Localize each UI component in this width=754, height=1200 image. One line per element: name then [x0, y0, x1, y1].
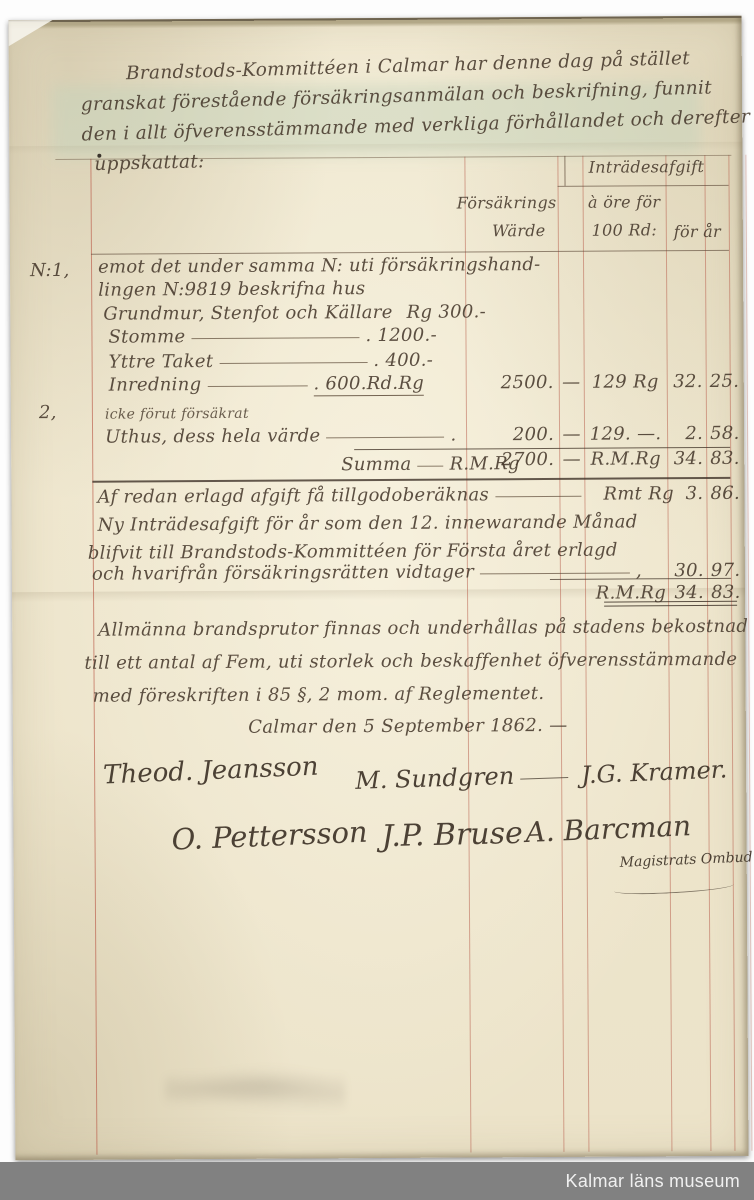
account-riksdaler-cell: 30. — [648, 560, 704, 581]
leader-line — [326, 432, 444, 439]
closing-line: med föreskriften i 85 §, 2 mom. af Regle… — [93, 683, 545, 707]
column-header-per-year: för år — [666, 222, 729, 241]
summa-label: Summa — [341, 454, 411, 475]
account-text: Af redan erlagd afgift få tillgodoberäkn… — [97, 484, 489, 507]
summa-value-ore-cell: — — [559, 449, 584, 470]
account-ore-cell: 97. — [711, 560, 741, 581]
margin-item-number: N:1, — [30, 260, 70, 281]
value-ore-cell: — — [559, 424, 584, 445]
summa-value-cell: 2700. — [456, 449, 554, 471]
account-text: och hvarifrån försäkringsrätten vidtager — [92, 561, 474, 584]
ledger-vertical-rule — [745, 155, 752, 1151]
dateline: Calmar den 5 September 1862. — — [243, 715, 573, 738]
account-line: och hvarifrån försäkringsrätten vidtager… — [92, 560, 642, 584]
signature: J.G. Kramer. — [581, 755, 728, 789]
leader-line — [480, 567, 630, 574]
account-ore-cell: 86. — [710, 483, 740, 504]
photo-credit-bar: Kalmar läns museum — [0, 1162, 754, 1200]
column-header-entry-fee: Inträdesafgift — [564, 157, 728, 177]
signature: A. Barcman — [525, 809, 692, 849]
scanned-document-photo: Brandstods-Kommittéen i Calmar har denne… — [0, 0, 754, 1200]
account-tail: , — [636, 560, 642, 581]
summa-riksdaler-cell: 34. — [647, 448, 703, 469]
entry-line: emot det under samma N: uti försäkringsh… — [98, 254, 541, 278]
total-riksdaler-cell: 34. — [648, 582, 704, 603]
signature: M. Sundgren — [355, 760, 569, 795]
fee-riksdaler-cell: 32. — [647, 371, 703, 392]
summa-ore-cell: 83. — [710, 448, 740, 469]
column-header-insurance-value: Försäkrings — [453, 193, 561, 213]
fee-ore-cell: 25. — [710, 371, 740, 392]
entry-line: lingen N:9819 beskrifna hus — [98, 278, 365, 301]
value-cell: 200. — [456, 424, 554, 446]
entry-label: Uthus, dess hela värde — [105, 425, 321, 447]
entry-amount: . 600.Rd.Rg — [313, 373, 424, 397]
total-ore-cell: 83. — [711, 582, 741, 603]
account-line: Af redan erlagd afgift få tillgodoberäkn… — [97, 484, 587, 508]
entry-label: Grundmur, Stenfot och Källare — [103, 302, 392, 325]
final-total-double-rule — [604, 605, 737, 607]
value-cell: 2500. — [456, 372, 554, 394]
photo-credit-text: Kalmar läns museum — [566, 1171, 740, 1191]
signature: O. Pettersson — [171, 815, 368, 857]
column-header-rate: 100 Rd: — [583, 220, 666, 240]
summa-rule — [92, 477, 730, 483]
closing-line: till ett antal af Fem, uti storlek och b… — [84, 649, 737, 674]
leader-line — [207, 380, 307, 387]
account-line: Ny Inträdesafgift för år som den 12. inn… — [98, 511, 638, 535]
signature-text: M. Sundgren — [355, 762, 515, 795]
value-ore-cell: — — [559, 372, 584, 393]
fee-riksdaler-cell: 2. — [647, 423, 703, 444]
signature: Theod. Jeansson — [103, 752, 320, 791]
margin-item-number: 2, — [39, 402, 57, 423]
account-riksdaler-cell: 3. — [647, 483, 703, 504]
entry-amount: . 400.- — [373, 350, 433, 371]
entry-note: icke förut försäkrat — [105, 406, 249, 423]
column-header-insurance-value: Wärde — [465, 221, 573, 241]
leader-line — [219, 357, 367, 364]
signature-flourish — [614, 880, 734, 896]
entry-line: Uthus, dess hela värde. — [105, 425, 457, 448]
paper-corner-fold — [9, 20, 53, 46]
entry-line: Yttre Taket. 400.- — [109, 350, 434, 373]
entry-label: Inredning — [109, 374, 202, 396]
ink-bleed-through — [165, 1066, 345, 1111]
entry-line: Grundmur, Stenfot och KällareRg 300.- — [103, 301, 486, 324]
entry-amount: . 1200.- — [365, 325, 437, 346]
entry-label: Stomme — [108, 326, 185, 347]
signature-flourish — [520, 771, 568, 780]
paper-sheet: Brandstods-Kommittéen i Calmar har denne… — [9, 16, 749, 1160]
fee-header-underline — [558, 185, 729, 187]
leader-line — [191, 332, 359, 339]
signature: J.P. Bruse — [381, 816, 523, 854]
leader-line — [495, 491, 581, 498]
leader-line — [418, 461, 444, 467]
entry-amount: Rg 300.- — [407, 301, 486, 322]
fee-ore-cell: 58. — [710, 423, 740, 444]
entry-line: Stomme. 1200.- — [108, 325, 437, 348]
column-header-rate: à öre för — [583, 192, 666, 212]
entry-label: Yttre Taket — [109, 351, 214, 373]
closing-line: Allmänna brandsprutor finnas och underhå… — [98, 616, 748, 641]
entry-line: Inredning. 600.Rd.Rg — [109, 373, 424, 396]
